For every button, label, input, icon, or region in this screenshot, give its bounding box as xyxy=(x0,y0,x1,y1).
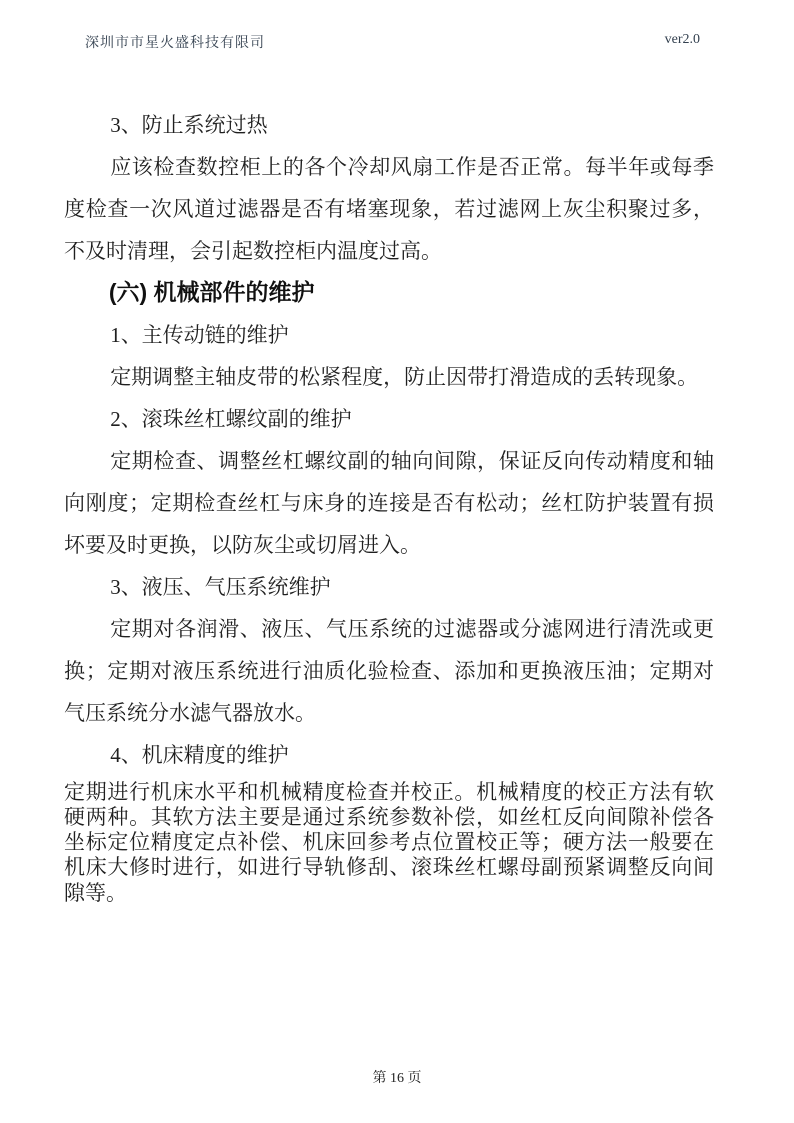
page-footer: 第 16 页 xyxy=(0,1067,794,1087)
paragraph-screw-clearance: 定期检查、调整丝杠螺纹副的轴向间隙，保证反向传动精度和轴向刚度；定期检查丝杠与床… xyxy=(64,440,714,566)
paragraph-cooling-fans: 应该检查数控柜上的各个冷却风扇工作是否正常。每半年或每季度检查一次风道过滤器是否… xyxy=(64,146,714,272)
section-heading-mechanical-maintenance: (六) 机械部件的维护 xyxy=(64,272,714,314)
subheading-ball-screw: 2、滚珠丝杠螺纹副的维护 xyxy=(64,398,714,440)
subheading-hydraulic-pneumatic: 3、液压、气压系统维护 xyxy=(64,566,714,608)
paragraph-accuracy-calibration: 定期进行机床水平和机械精度检查并校正。机械精度的校正方法有软硬两种。其软方法主要… xyxy=(64,780,714,906)
header-version-label: ver2.0 xyxy=(665,32,700,48)
document-page: 深圳市市星火盛科技有限司 ver2.0 3、防止系统过热 应该检查数控柜上的各个… xyxy=(0,0,794,1123)
page-header: 深圳市市星火盛科技有限司 ver2.0 xyxy=(0,0,794,58)
paragraph-filter-cleaning: 定期对各润滑、液压、气压系统的过滤器或分滤网进行清洗或更换；定期对液压系统进行油… xyxy=(64,608,714,734)
document-body: 3、防止系统过热 应该检查数控柜上的各个冷却风扇工作是否正常。每半年或每季度检查… xyxy=(0,58,794,906)
paragraph-spindle-belt: 定期调整主轴皮带的松紧程度，防止因带打滑造成的丢转现象。 xyxy=(64,356,714,398)
page-number: 第 16 页 xyxy=(373,1071,422,1086)
subheading-prevent-overheat: 3、防止系统过热 xyxy=(64,104,714,146)
header-company-name: 深圳市市星火盛科技有限司 xyxy=(85,32,265,52)
subheading-main-drive-chain: 1、主传动链的维护 xyxy=(64,314,714,356)
subheading-machine-accuracy: 4、机床精度的维护 xyxy=(64,734,714,776)
